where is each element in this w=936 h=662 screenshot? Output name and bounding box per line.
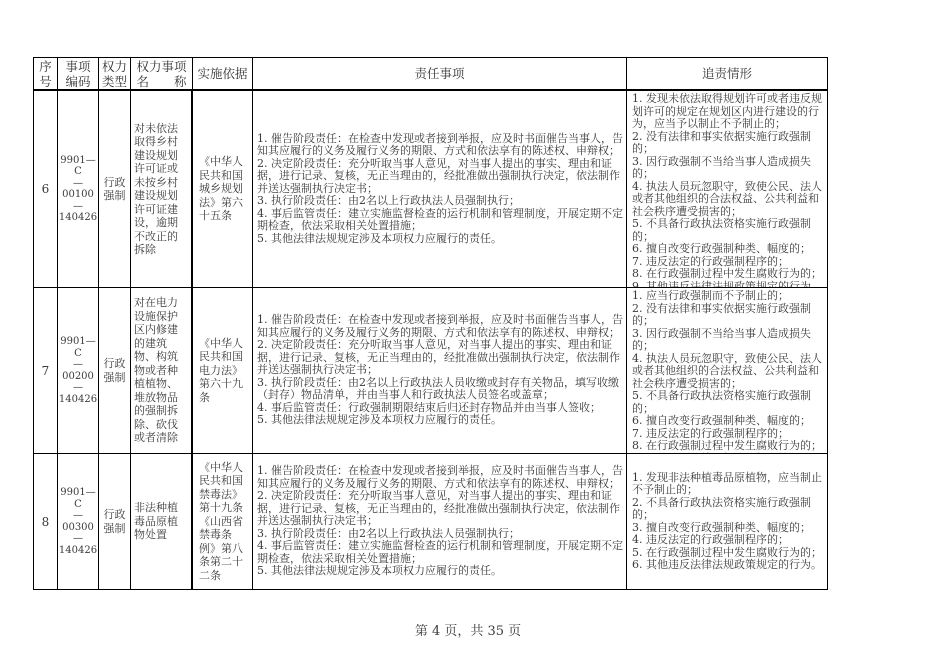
row-6-legal-basis: 《中华人民共和国城乡规划法》第六十五条: [193, 91, 253, 288]
row-7-seq: 7: [34, 288, 58, 454]
header-power-name: 权力事项 名 称: [131, 58, 193, 91]
header-legal-basis: 实施依据: [193, 58, 253, 91]
row-6-power-name: 对未依法取得乡村建设规划许可证或未按乡村建设规划许可证建设，逾期不改正的拆除: [131, 91, 193, 288]
row-7-power-name: 对在电力设施保护区内修建的建筑物、构筑物或者种植植物、堆放物品的强制拆除、砍伐或…: [131, 288, 193, 454]
row-8-legal-basis: 《中华人民共和国禁毒法》第十九条《山西省禁毒条例》第八条第二十二条: [193, 454, 253, 589]
header-accountability: 追责情形: [627, 58, 827, 91]
power-matters-table: 序 号 事项 编码 权力 类型 权力事项 名 称 实施依据 责任事项 追责情形 …: [33, 57, 828, 590]
page-footer: 第 4 页，共 35 页: [0, 620, 936, 639]
row-7-power-type: 行政强制: [99, 288, 131, 454]
row-7-accountability: 1. 应当行政强制而不予制止的； 2. 没有法律和事实依据实施行政强制的； 3.…: [627, 288, 827, 454]
row-6-power-type: 行政强制: [99, 91, 131, 288]
row-8-seq: 8: [34, 454, 58, 589]
header-duty-items: 责任事项: [253, 58, 627, 91]
row-8-power-name: 非法种植毒品原植物处置: [131, 454, 193, 589]
row-8-power-type: 行政强制: [99, 454, 131, 589]
row-6-duty-items: 1. 催告阶段责任：在检查中发现或者接到举报，应及时书面催告当事人，告知其应履行…: [253, 91, 627, 288]
row-8-item-code: 9901—C —00300 —140426: [58, 454, 99, 589]
row-6-item-code: 9901—C —00100 —140426: [58, 91, 99, 288]
header-item-code: 事项 编码: [58, 58, 99, 91]
row-8-duty-items: 1. 催告阶段责任：在检查中发现或者接到举报，应及时书面催告当事人，告知其应履行…: [253, 454, 627, 589]
row-6-accountability: 1. 发现未依法取得规划许可或者违反规划许可的规定在规划区内进行建设的行为，应当…: [627, 91, 827, 288]
row-7-item-code: 9901—C —00200 —140426: [58, 288, 99, 454]
header-power-type: 权力 类型: [99, 58, 131, 91]
header-seq-number: 序 号: [34, 58, 58, 91]
row-8-accountability: 1. 发现非法种植毒品原植物，应当制止不予制止的； 2. 不具备行政执法资格实施…: [627, 454, 827, 589]
row-7-duty-items: 1. 催告阶段责任：在检查中发现或者接到举报，应及时书面催告当事人，告知其应履行…: [253, 288, 627, 454]
row-7-legal-basis: 《中华人民共和国电力法》第六十九条: [193, 288, 253, 454]
row-6-seq: 6: [34, 91, 58, 288]
